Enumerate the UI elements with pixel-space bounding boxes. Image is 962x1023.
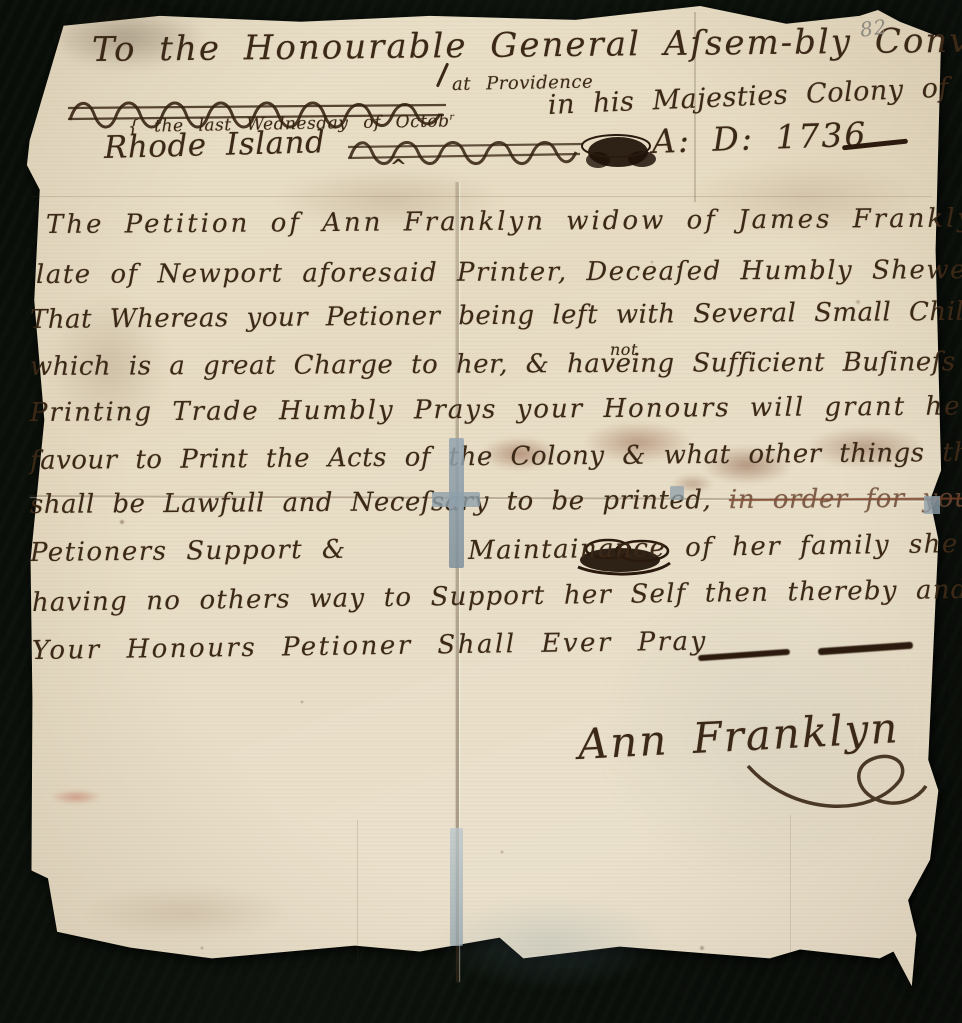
- body-line-7-main: shall be Lawfull and Neceſsary to be pri…: [30, 485, 711, 520]
- header-place-name: Rhode Island: [104, 124, 326, 166]
- insertion-caret: ^: [390, 154, 407, 178]
- body-line-5: Printing Trade Humbly Prays your Honours…: [30, 391, 962, 428]
- header-date: A: D: 1736: [651, 114, 868, 160]
- insert-date-superscript: r: [449, 112, 454, 123]
- body-line-1: The Petition of Ann Franklyn widow of Ja…: [46, 203, 962, 240]
- body-line-4: which is a great Charge to her, & havein…: [30, 347, 962, 382]
- manuscript-scan: To the Honourable General Aſsem-bly Conv…: [0, 0, 962, 1023]
- pencil-folio-number: 82: [858, 14, 889, 42]
- body-line-7-struck-text: in order for your: [729, 483, 962, 515]
- body-line-8-left: Petioners Support &: [30, 535, 347, 568]
- body-line-2: late of Newport aforesaid Printer, Decea…: [36, 255, 962, 290]
